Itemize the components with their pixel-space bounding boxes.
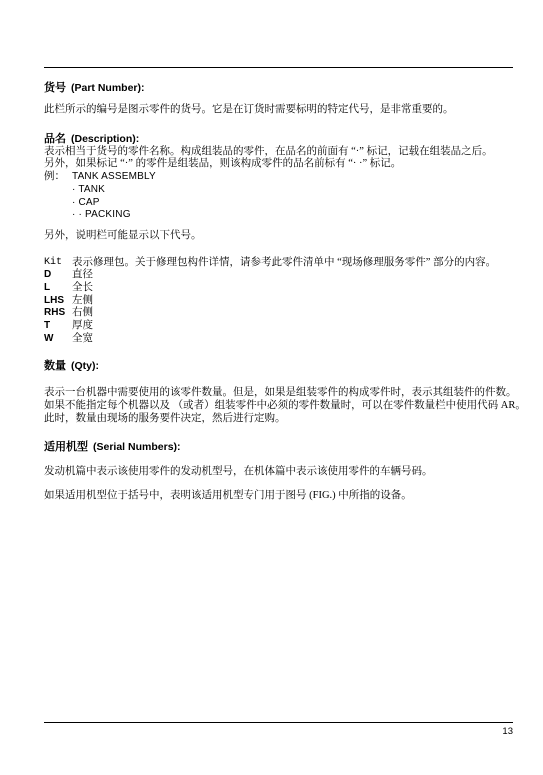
paragraph-line: 如果不能指定每个机器以及 （或者）组装零件中必须的零件数量时，可以在零件数量栏中… <box>44 400 513 413</box>
document-page: 货号(Part Number): 此栏所示的编号是图示零件的货号。它是在订货时需… <box>0 0 543 775</box>
paragraph-line: 此时，数量由现场的服务要件决定，然后进行定购。 <box>44 413 513 426</box>
code-desc: 全宽 <box>72 333 513 346</box>
paragraph-line: 表示相当于货号的零件名称。构成组装品的零件，在品名的前面有 “·” 标记，记载在… <box>44 146 513 159</box>
section-heading-qty: 数量(Qty): <box>44 360 513 373</box>
code-key: L <box>44 282 72 295</box>
heading-en: (Serial Numbers): <box>93 441 181 453</box>
code-key: T <box>44 320 72 333</box>
paragraph-part-number: 此栏所示的编号是图示零件的货号。它是在订货时需要标明的特定代号，是非常重要的。 <box>44 104 513 117</box>
code-row: W 全宽 <box>44 333 513 346</box>
code-desc: 表示修理包。关于修理包构件详情，请参考此零件清单中 “现场修理服务零件” 部分的… <box>72 257 513 270</box>
paragraph-line: 表示一台机器中需要使用的该零件数量。但是，如果是组装零件的构成零件时，表示其组装… <box>44 387 513 400</box>
heading-zh: 数量 <box>44 360 66 372</box>
code-row: Kit 表示修理包。关于修理包构件详情，请参考此零件清单中 “现场修理服务零件”… <box>44 257 513 270</box>
code-row: T 厚度 <box>44 320 513 333</box>
example-label: 例： <box>44 171 72 222</box>
code-row: RHS 右侧 <box>44 307 513 320</box>
code-desc: 直径 <box>72 269 513 282</box>
example-line: · TANK <box>72 184 513 197</box>
code-row: L 全长 <box>44 282 513 295</box>
code-row: D 直径 <box>44 269 513 282</box>
example-block: 例： TANK ASSEMBLY · TANK · CAP · · PACKIN… <box>44 171 513 222</box>
bottom-rule <box>44 722 513 723</box>
page-footer: 13 <box>44 722 513 737</box>
code-key: Kit <box>44 257 72 270</box>
codes-note: 另外，说明栏可能显示以下代号。 <box>44 230 513 243</box>
paragraph-serial-numbers: 如果适用机型位于括号中，表明该适用机型专门用于图号 (FIG.) 中所指的设备。 <box>44 490 513 503</box>
page-number: 13 <box>44 726 513 737</box>
paragraph-qty: 表示一台机器中需要使用的该零件数量。但是，如果是组装零件的构成零件时，表示其组装… <box>44 387 513 425</box>
code-desc: 厚度 <box>72 320 513 333</box>
example-lines: TANK ASSEMBLY · TANK · CAP · · PACKING <box>72 171 513 222</box>
code-desc: 左侧 <box>72 295 513 308</box>
code-key: D <box>44 269 72 282</box>
paragraph-serial-numbers: 发动机篇中表示该使用零件的发动机型号，在机体篇中表示该使用零件的车辆号码。 <box>44 466 513 479</box>
top-rule <box>44 67 513 68</box>
example-line: · · PACKING <box>72 209 513 222</box>
section-heading-part-number: 货号(Part Number): <box>44 82 513 95</box>
code-key: W <box>44 333 72 346</box>
paragraph-line: 另外，如果标记 “·” 的零件是组装品，则该构成零件的品名前标有 “· ·” 标… <box>44 158 513 171</box>
page-content: 货号(Part Number): 此栏所示的编号是图示零件的货号。它是在订货时需… <box>44 0 513 503</box>
heading-zh: 品名 <box>44 133 66 145</box>
code-desc: 全长 <box>72 282 513 295</box>
code-legend: Kit 表示修理包。关于修理包构件详情，请参考此零件清单中 “现场修理服务零件”… <box>44 257 513 346</box>
code-key: RHS <box>44 307 72 320</box>
heading-zh: 货号 <box>44 82 66 94</box>
paragraph-description: 表示相当于货号的零件名称。构成组装品的零件，在品名的前面有 “·” 标记，记载在… <box>44 146 513 171</box>
section-heading-serial-numbers: 适用机型(Serial Numbers): <box>44 441 513 454</box>
example-line: TANK ASSEMBLY <box>72 171 513 184</box>
example-line: · CAP <box>72 197 513 210</box>
heading-en: (Description): <box>71 133 139 145</box>
heading-en: (Qty): <box>71 360 99 372</box>
code-key: LHS <box>44 295 72 308</box>
heading-en: (Part Number): <box>71 82 145 94</box>
section-heading-description: 品名(Description): <box>44 133 513 146</box>
code-desc: 右侧 <box>72 307 513 320</box>
heading-zh: 适用机型 <box>44 441 88 453</box>
code-row: LHS 左侧 <box>44 295 513 308</box>
